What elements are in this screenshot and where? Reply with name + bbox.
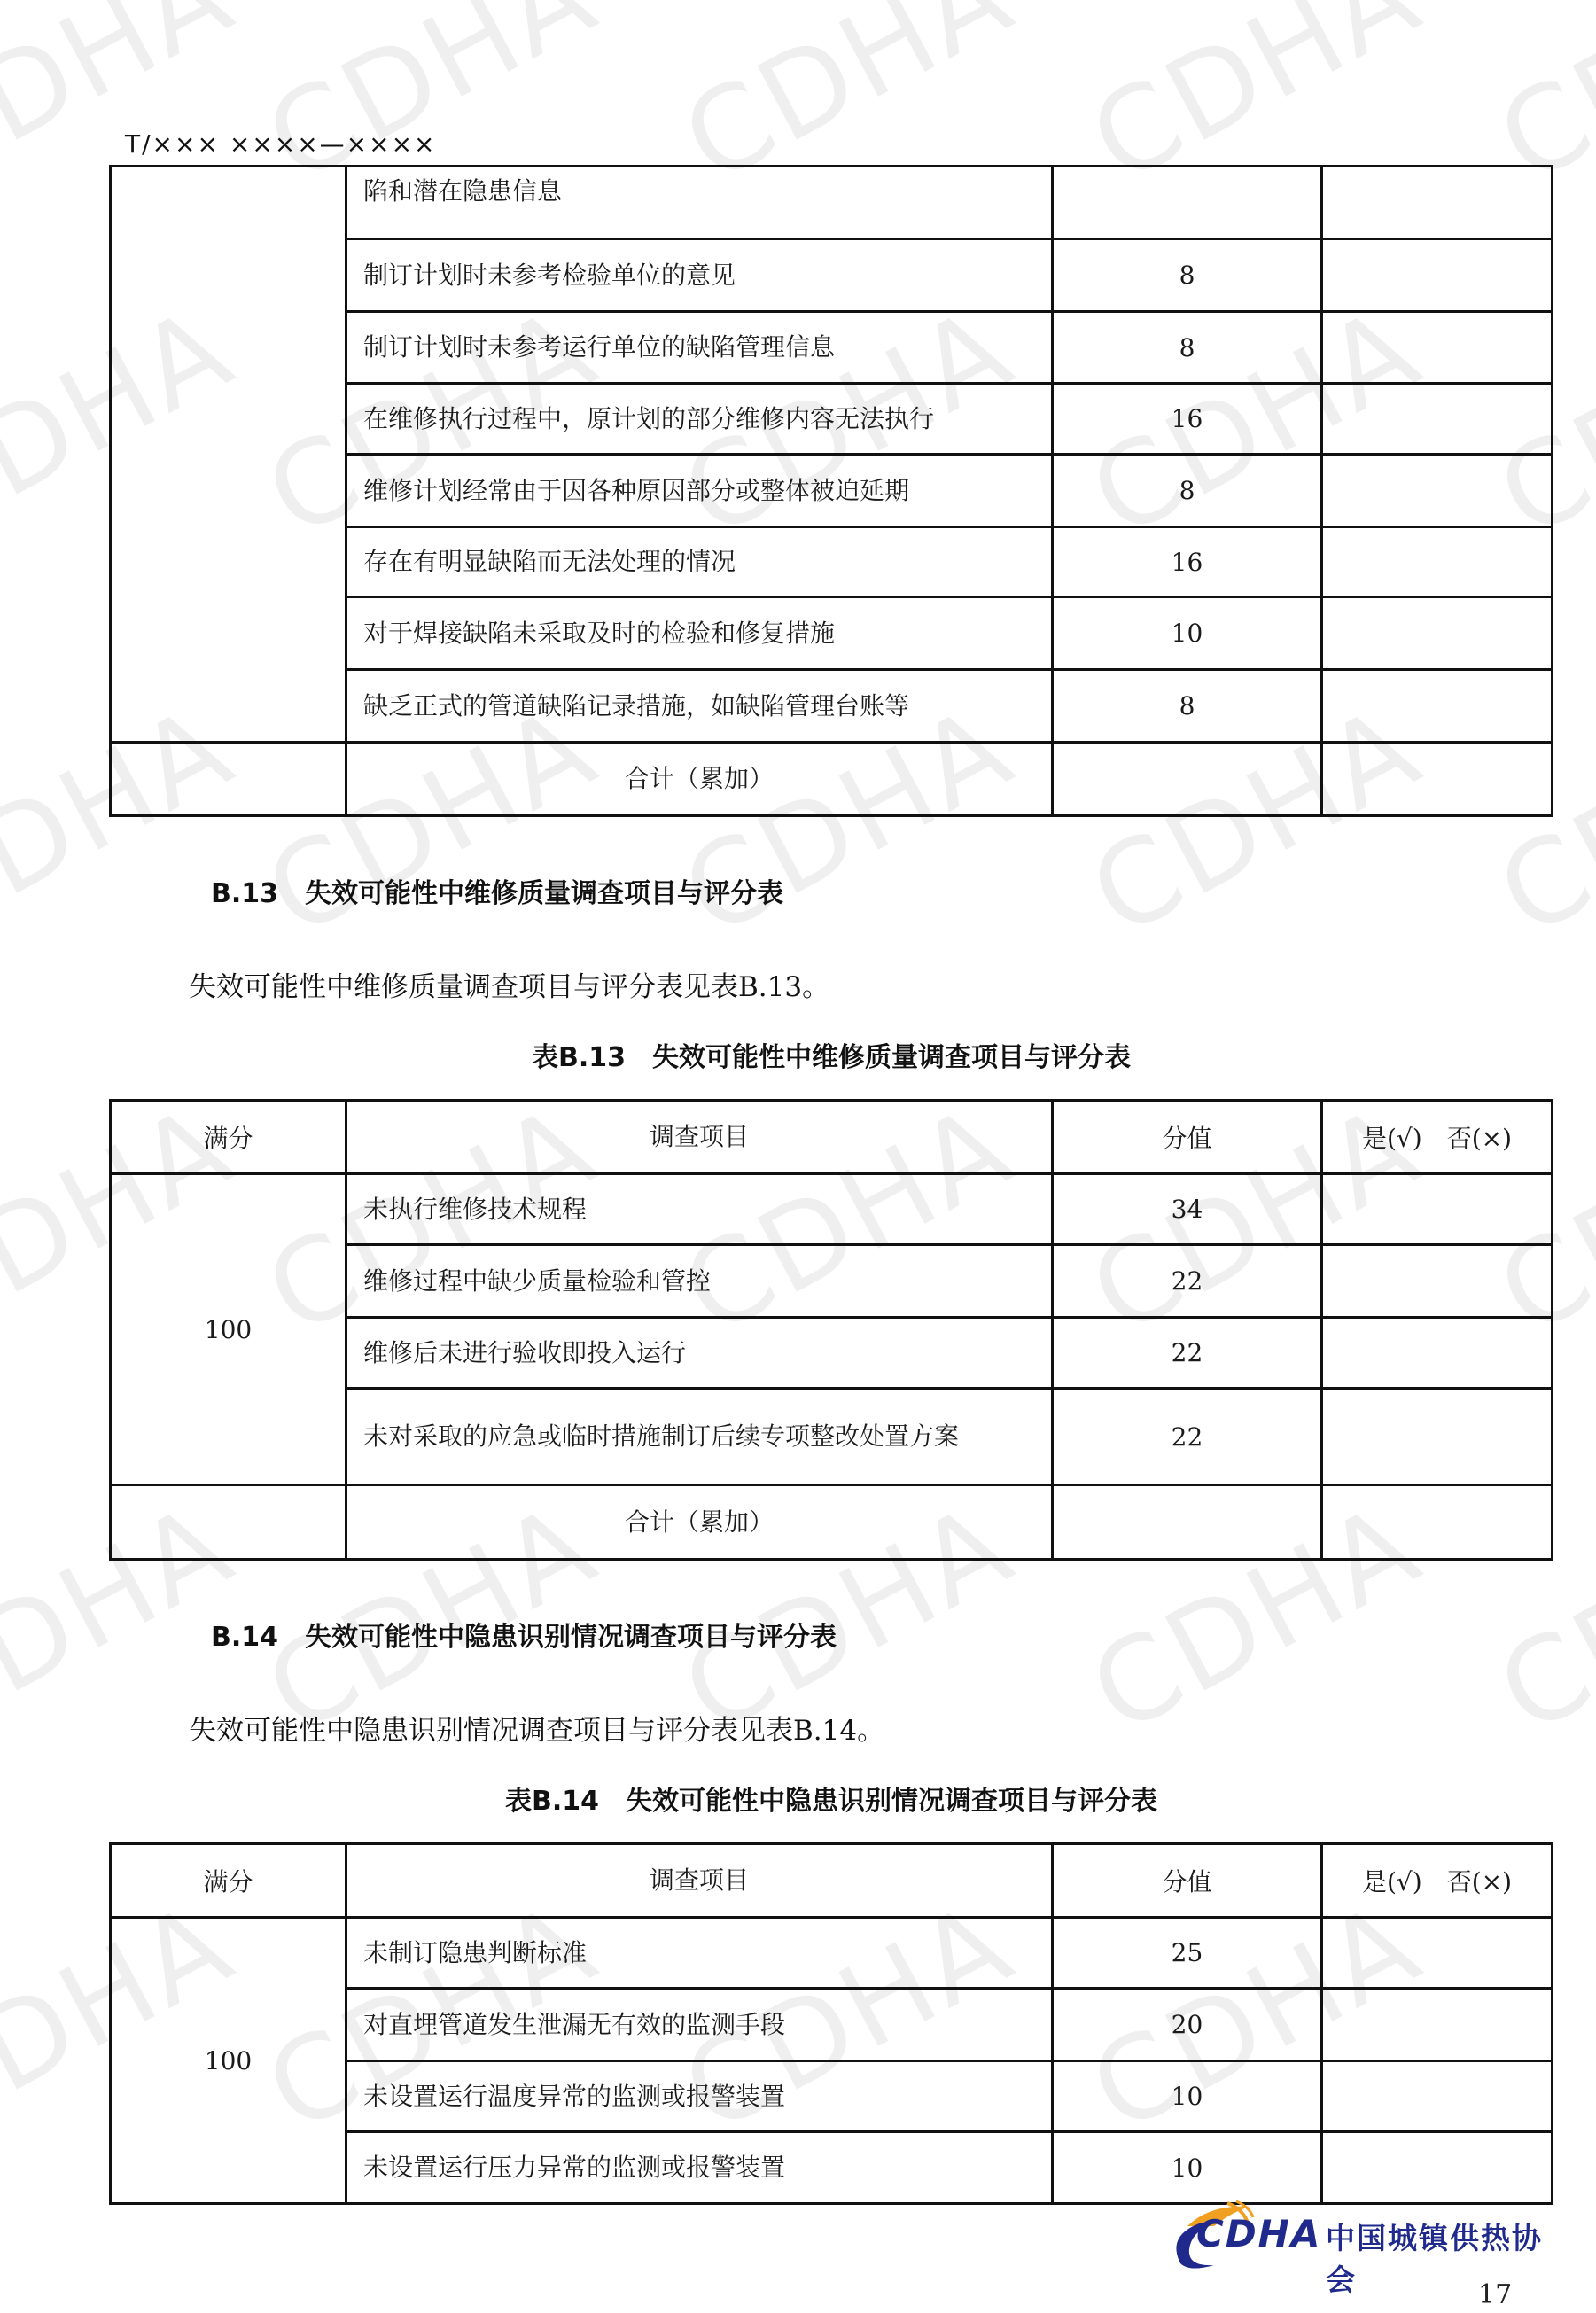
empty-cell: [111, 1485, 346, 1560]
table-b14: 满分 调查项目 分值 是(√) 否(×) 100 未制订隐患判断标准 25 对直…: [109, 1842, 1553, 2205]
total-label: 合计（累加）: [346, 1485, 1053, 1560]
item-cell: 陷和潜在隐患信息: [346, 167, 1053, 239]
value-cell: 8: [1053, 312, 1322, 384]
total-value-cell: [1053, 1485, 1322, 1560]
value-cell: 22: [1053, 1389, 1322, 1485]
item-cell: 维修后未进行验收即投入运行: [346, 1318, 1053, 1389]
table-caption-b14: 表B.14 失效可能性中隐患识别情况调查项目与评分表: [109, 1779, 1553, 1818]
full-score-cell: 100: [111, 1918, 346, 2204]
item-cell: 对于焊接缺陷未采取及时的检验和修复措施: [346, 597, 1053, 670]
check-cell[interactable]: [1322, 597, 1553, 670]
header-item: 调查项目: [346, 1101, 1053, 1174]
total-value-cell: [1053, 743, 1322, 816]
table-caption-b13: 表B.13 失效可能性中维修质量调查项目与评分表: [109, 1035, 1553, 1074]
value-cell: 8: [1053, 455, 1322, 527]
table-b13: 满分 调查项目 分值 是(√) 否(×) 100 未执行维修技术规程 34 维修…: [109, 1099, 1553, 1561]
check-cell[interactable]: [1322, 167, 1553, 239]
total-row: 合计（累加）: [111, 743, 1553, 816]
value-cell: 34: [1053, 1174, 1322, 1245]
total-check-cell[interactable]: [1322, 1485, 1553, 1560]
value-cell: 16: [1053, 527, 1322, 597]
cdha-logo: CDHA 中国城镇供热协会: [1161, 2200, 1569, 2270]
value-cell: 10: [1053, 597, 1322, 670]
check-cell[interactable]: [1322, 1245, 1553, 1318]
table-b12-continued: 陷和潜在隐患信息 制订计划时未参考检验单位的意见 8 制订计划时未参考运行单位的…: [109, 165, 1553, 817]
check-cell[interactable]: [1322, 1989, 1553, 2061]
header-check: 是(√) 否(×): [1322, 1844, 1553, 1918]
page-number: 17: [1478, 2279, 1512, 2310]
section-paragraph-b14: 失效可能性中隐患识别情况调查项目与评分表见表B.14。: [189, 1708, 884, 1748]
header-full-score: 满分: [111, 1844, 346, 1918]
full-score-cell: 100: [111, 1174, 346, 1485]
check-cell[interactable]: [1322, 384, 1553, 455]
item-cell: 制订计划时未参考运行单位的缺陷管理信息: [346, 312, 1053, 384]
item-cell: 未设置运行温度异常的监测或报警装置: [346, 2061, 1053, 2132]
value-cell: 16: [1053, 384, 1322, 455]
total-row: 合计（累加）: [111, 1485, 1553, 1560]
total-check-cell[interactable]: [1322, 743, 1553, 816]
table-row: 100 未制订隐患判断标准 25: [111, 1918, 1553, 1989]
check-cell[interactable]: [1322, 2061, 1553, 2132]
item-cell: 未制订隐患判断标准: [346, 1918, 1053, 1989]
table-header-row: 满分 调查项目 分值 是(√) 否(×): [111, 1844, 1553, 1918]
total-label: 合计（累加）: [346, 743, 1053, 816]
check-cell[interactable]: [1322, 1918, 1553, 1989]
item-cell: 维修过程中缺少质量检验和管控: [346, 1245, 1053, 1318]
header-value: 分值: [1053, 1101, 1322, 1174]
item-cell: 制订计划时未参考检验单位的意见: [346, 239, 1053, 312]
check-cell[interactable]: [1322, 670, 1553, 743]
table-row: 100 未执行维修技术规程 34: [111, 1174, 1553, 1245]
document-page: T/××× ××××—×××× 陷和潜在隐患信息 制订计划时未参考检验单位的意见…: [0, 0, 1596, 2313]
item-cell: 在维修执行过程中，原计划的部分维修内容无法执行: [346, 384, 1053, 455]
header-value: 分值: [1053, 1844, 1322, 1918]
check-cell[interactable]: [1322, 2132, 1553, 2204]
value-cell: 10: [1053, 2061, 1322, 2132]
table-header-row: 满分 调查项目 分值 是(√) 否(×): [111, 1101, 1553, 1174]
item-cell: 存在有明显缺陷而无法处理的情况: [346, 527, 1053, 597]
empty-cell: [111, 743, 346, 816]
section-heading-b13: B.13 失效可能性中维修质量调查项目与评分表: [211, 871, 783, 910]
header-check: 是(√) 否(×): [1322, 1101, 1553, 1174]
item-cell: 未设置运行压力异常的监测或报警装置: [346, 2132, 1053, 2204]
value-cell: 25: [1053, 1918, 1322, 1989]
section-heading-b14: B.14 失效可能性中隐患识别情况调查项目与评分表: [211, 1615, 837, 1654]
value-cell: 22: [1053, 1318, 1322, 1389]
value-cell: 10: [1053, 2132, 1322, 2204]
header-item: 调查项目: [346, 1844, 1053, 1918]
item-cell: 未执行维修技术规程: [346, 1174, 1053, 1245]
check-cell[interactable]: [1322, 312, 1553, 384]
item-cell: 缺乏正式的管道缺陷记录措施，如缺陷管理台账等: [346, 670, 1053, 743]
check-cell[interactable]: [1322, 455, 1553, 527]
check-cell[interactable]: [1322, 527, 1553, 597]
header-full-score: 满分: [111, 1101, 346, 1174]
value-cell: 8: [1053, 670, 1322, 743]
logo-abbr: CDHA: [1196, 2212, 1321, 2255]
value-cell: 22: [1053, 1245, 1322, 1318]
value-cell: [1053, 167, 1322, 239]
table-row: 陷和潜在隐患信息: [111, 167, 1553, 239]
check-cell[interactable]: [1322, 239, 1553, 312]
check-cell[interactable]: [1322, 1318, 1553, 1389]
item-cell: 维修计划经常由于因各种原因部分或整体被迫延期: [346, 455, 1053, 527]
value-cell: 8: [1053, 239, 1322, 312]
check-cell[interactable]: [1322, 1389, 1553, 1485]
section-paragraph-b13: 失效可能性中维修质量调查项目与评分表见表B.13。: [189, 964, 829, 1004]
item-cell: 对直埋管道发生泄漏无有效的监测手段: [346, 1989, 1053, 2061]
full-score-cell: [111, 167, 346, 743]
item-cell: 未对采取的应急或临时措施制订后续专项整改处置方案: [346, 1389, 1053, 1485]
document-code: T/××× ××××—××××: [125, 129, 437, 159]
check-cell[interactable]: [1322, 1174, 1553, 1245]
logo-name: 中国城镇供热协会: [1326, 2216, 1569, 2299]
value-cell: 20: [1053, 1989, 1322, 2061]
